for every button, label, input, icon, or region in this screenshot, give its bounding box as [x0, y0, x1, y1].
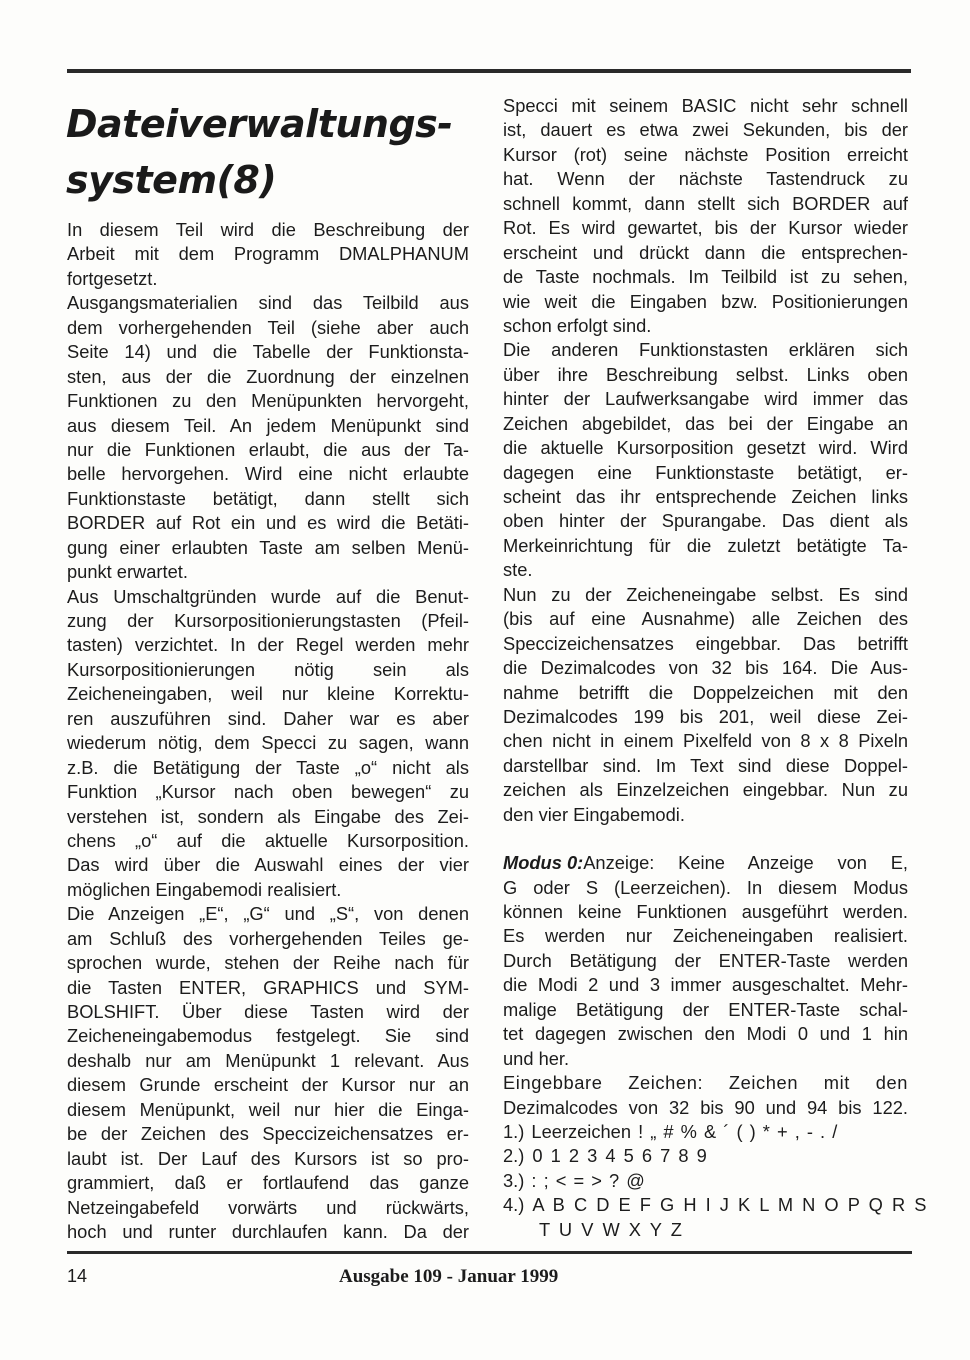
text-line: BORDER auf Rot ein und es wird die Betät… [67, 511, 469, 535]
char-list-item: 3.) : ; < = > ? @ [503, 1169, 908, 1193]
text-line: darstellbar sind. Im Text sind diese Dop… [503, 754, 908, 778]
text-line: Arbeit mit dem Programm DMALPHANUM [67, 242, 469, 266]
text-line: oben hinter der Spurangabe. Das dient al… [503, 509, 908, 533]
text-line: laubt ist. Der Lauf des Kursors ist so p… [67, 1147, 469, 1171]
text-line: BOLSHIFT. Über diese Tasten wird der [67, 1000, 469, 1024]
text-line: tet dagegen zwischen den Modi 0 und 1 hi… [503, 1022, 908, 1046]
text-line: Specci mit seinem BASIC nicht sehr schne… [503, 94, 908, 118]
text-line: schnell kommt, dann stellt sich BORDER a… [503, 192, 908, 216]
text-line: G oder S (Leerzeichen). In diesem Modus [503, 876, 908, 900]
text-line: Die Anzeigen „E“, „G“ und „S“, von denen [67, 902, 469, 926]
text-line: sprochen wurde, stehen der Reihe nach fü… [67, 951, 469, 975]
text-line: Zeicheneingabemodus festgelegt. Sie sind [67, 1024, 469, 1048]
right-column: Specci mit seinem BASIC nicht sehr schne… [503, 94, 908, 1242]
text-line: Funktionen zu den Menüpunkten hervorgeht… [67, 389, 469, 413]
text-line: Rot. Es wird gewartet, bis der Kursor wi… [503, 216, 908, 240]
text-line: Zeicheneingaben, weil nur kleine Korrekt… [67, 682, 469, 706]
text-line: hoch und runter durchlaufen kann. Da der [67, 1220, 469, 1244]
text-line: Ausgangsmaterialien sind das Teilbild au… [67, 291, 469, 315]
text-line: punkt erwartet. [67, 560, 469, 584]
text-line: In diesem Teil wird die Beschreibung der [67, 218, 469, 242]
text-line: belle hervorgehen. Wird eine nicht erlau… [67, 462, 469, 486]
left-column: In diesem Teil wird die Beschreibung der… [67, 218, 469, 1244]
text-line: wiederum nötig, dem Specci zu sagen, wan… [67, 731, 469, 755]
char-list-item: 2.) 0 1 2 3 4 5 6 7 8 9 [503, 1144, 908, 1168]
text-line: Merkeinrichtung für die zuletzt betätigt… [503, 534, 908, 558]
text-line: zeichen als Einzelzeichen eingebbar. Nun… [503, 778, 908, 802]
text-line: zung der Kursorpositionierungstasten (Pf… [67, 609, 469, 633]
mode-0-first-line: Modus 0: Anzeige: Keine Anzeige von E, [503, 851, 908, 875]
text-line: Zeichen abgebildet, das bei der Eingabe … [503, 412, 908, 436]
text-line: z.B. die Betätigung der Taste „o“ nicht … [67, 756, 469, 780]
text-line: nahme betrifft die Doppelzeichen mit den [503, 681, 908, 705]
text-line: schon erfolgt sind. [503, 314, 908, 338]
text-line: fortgesetzt. [67, 267, 469, 291]
text-line: die Modi 2 und 3 immer ausgeschaltet. Me… [503, 973, 908, 997]
text-line: malige Betätigung der ENTER-Taste schal- [503, 998, 908, 1022]
char-list-item: 4.) A B C D E F G H I J K L M N O P Q R … [503, 1193, 908, 1217]
text-line: die Tasten ENTER, GRAPHICS und SYM- [67, 976, 469, 1000]
mode-0-label: Modus 0: [503, 851, 583, 875]
text-line: (bis auf eine Ausnahme) alle Zeichen des [503, 607, 908, 631]
text-line: über ihre Beschreibung selbst. Links obe… [503, 363, 908, 387]
text-line: und her. [503, 1047, 908, 1071]
text-line: grammiert, daß er fortlaufend das ganze [67, 1171, 469, 1195]
text-line: verstehen ist, sondern als Eingabe des Z… [67, 805, 469, 829]
text-line: be der Zeichen des Speccizeichensatzes e… [67, 1122, 469, 1146]
text-line: Kursorpositionierungen nötig sein als [67, 658, 469, 682]
text-line: Speccizeichensatzes eingebbar. Das betri… [503, 632, 908, 656]
mode-0-first-line-text: Anzeige: Keine Anzeige von E, [583, 851, 908, 875]
text-line: Dezimalcodes 199 bis 201, weil diese Zei… [503, 705, 908, 729]
text-line: möglichen Eingabemodi realisiert. [67, 878, 469, 902]
title-line-1: Dateiverwaltungs- [66, 96, 486, 152]
text-line: de Taste nochmals. Im Teilbild ist zu se… [503, 265, 908, 289]
char-list-item: T U V W X Y Z [503, 1218, 908, 1242]
text-line: Nun zu der Zeicheneingabe selbst. Es sin… [503, 583, 908, 607]
text-line: Durch Betätigung der ENTER-Taste werden [503, 949, 908, 973]
text-line: können keine Funktionen ausgeführt werde… [503, 900, 908, 924]
text-line: Seite 14) und die Tabelle der Funktionst… [67, 340, 469, 364]
text-line: deshalb nur am Menüpunkt 1 relevant. Aus [67, 1049, 469, 1073]
character-list: 1.) Leerzeichen ! „ # % & ´ ( ) * + , - … [503, 1120, 908, 1242]
text-line: den vier Eingabemodi. [503, 803, 908, 827]
text-line: Die anderen Funktionstasten erklären sic… [503, 338, 908, 362]
bottom-rule [67, 1251, 912, 1254]
text-line: dem vorhergehenden Teil (siehe aber auch [67, 316, 469, 340]
text-line: erscheint und drückt dann die entspreche… [503, 241, 908, 265]
text-line: gung einer erlaubten Taste am selben Men… [67, 536, 469, 560]
text-line: ist, dauert es etwa zwei Sekunden, bis d… [503, 118, 908, 142]
text-line: sten, aus der die Zuordnung der einzelne… [67, 365, 469, 389]
text-line: chen nicht in einem Pixelfeld von 8 x 8 … [503, 729, 908, 753]
top-rule [67, 69, 911, 73]
issue-footer: Ausgabe 109 - Januar 1999 [339, 1266, 558, 1288]
text-line: am Schluß des vorhergehenden Teiles ge- [67, 927, 469, 951]
text-line: wie weit die Eingaben bzw. Positionierun… [503, 290, 908, 314]
text-line: Netzeingabefeld vorwärts und rückwärts, [67, 1196, 469, 1220]
text-line: Kursor (rot) seine nächste Position erre… [503, 143, 908, 167]
text-line: dagegen eine Funktionstaste betätigt, er… [503, 461, 908, 485]
text-line: Funktionstaste betätigt, dann stellt sic… [67, 487, 469, 511]
text-line: aus diesem Teil. An jedem Menüpunkt sind [67, 414, 469, 438]
text-line: hinter der Laufwerksangabe wird immer da… [503, 387, 908, 411]
text-line: Funktion „Kursor nach oben bewegen“ zu [67, 780, 469, 804]
text-line: diesem Grunde erscheint der Kursor nur a… [67, 1073, 469, 1097]
char-list-item: 1.) Leerzeichen ! „ # % & ´ ( ) * + , - … [503, 1120, 908, 1144]
paragraph-gap [503, 827, 908, 851]
text-line: ste. [503, 558, 908, 582]
text-line: chens „o“ auf die aktuelle Kursorpositio… [67, 829, 469, 853]
text-line: Dezimalcodes von 32 bis 90 und 94 bis 12… [503, 1096, 908, 1120]
text-line: ren auszuführen sind. Daher war es aber [67, 707, 469, 731]
text-line: Eingebbare Zeichen: Zeichen mit den [503, 1071, 908, 1095]
text-line: Das wird über die Auswahl eines der vier [67, 853, 469, 877]
text-line: scheint das ihr entsprechende Zeichen li… [503, 485, 908, 509]
page-number: 14 [67, 1266, 87, 1287]
text-line: Es werden nur Zeicheneingaben realisiert… [503, 924, 908, 948]
title-line-2: system(8) [66, 152, 486, 208]
text-line: nur die Funktionen erlaubt, die aus der … [67, 438, 469, 462]
text-line: die aktuelle Kursorposition gesetzt wird… [503, 436, 908, 460]
text-line: Aus Umschaltgründen wurde auf die Benut- [67, 585, 469, 609]
text-line: tasten) verzichtet. In der Regel werden … [67, 633, 469, 657]
article-title: Dateiverwaltungs- system(8) [66, 96, 486, 208]
text-line: hat. Wenn der nächste Tastendruck zu [503, 167, 908, 191]
text-line: die Dezimalcodes von 32 bis 164. Die Aus… [503, 656, 908, 680]
text-line: diesem Menüpunkt, weil nur hier die Eing… [67, 1098, 469, 1122]
